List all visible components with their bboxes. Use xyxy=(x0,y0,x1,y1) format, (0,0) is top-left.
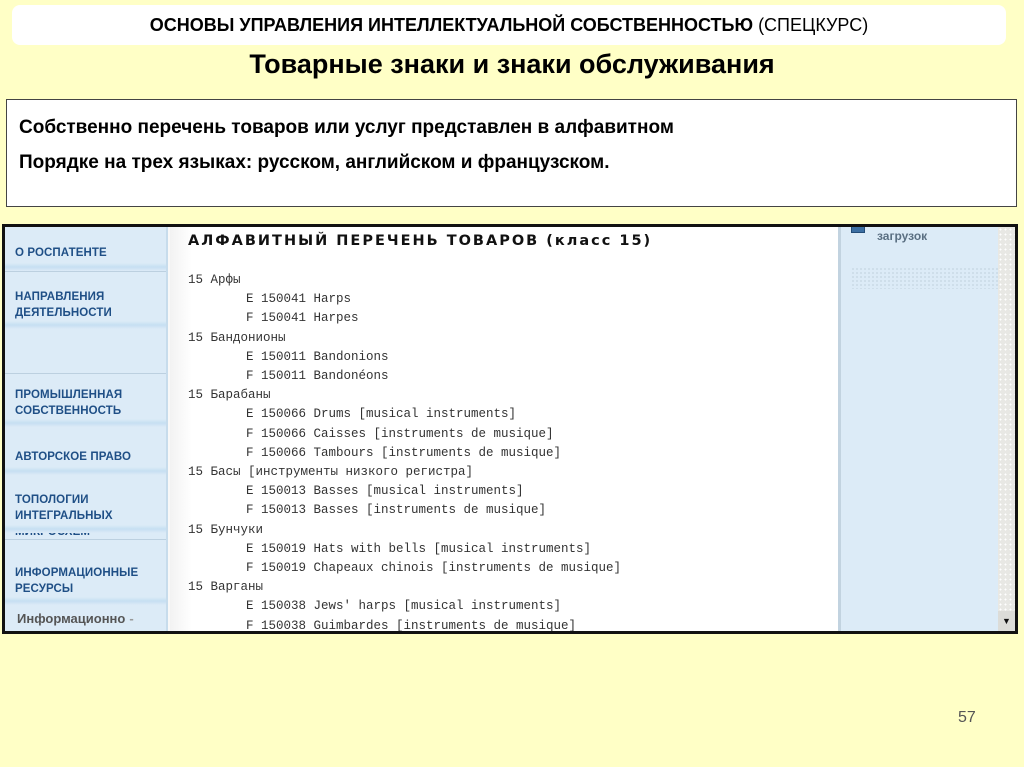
sidebar-band xyxy=(5,321,166,329)
folder-icon[interactable] xyxy=(851,224,865,233)
list-entry-ru: 15 Варганы xyxy=(188,578,621,597)
sidebar-item-industrial-property[interactable]: ПРОМЫШЛЕННАЯ СОБСТВЕННОСТЬ xyxy=(5,387,145,419)
sidebar-more-label: Информационно xyxy=(17,611,125,626)
arrow-down-icon: ▼ xyxy=(1002,616,1011,626)
sidebar-item-about[interactable]: О РОСПАТЕНТЕ xyxy=(5,245,166,261)
sidebar-divider xyxy=(5,373,166,374)
list-entry-translation: F 150041 Harpes xyxy=(188,309,621,328)
list-entry-translation: E 150066 Drums [musical instruments] xyxy=(188,405,621,424)
sidebar-item-more[interactable]: Информационно- xyxy=(17,611,134,626)
course-title: ОСНОВЫ УПРАВЛЕНИЯ ИНТЕЛЛЕКТУАЛЬНОЙ СОБСТ… xyxy=(150,15,753,36)
downloads-link[interactable]: загрузок xyxy=(877,229,927,243)
sidebar-band xyxy=(5,467,166,475)
list-entry-ru: 15 Барабаны xyxy=(188,386,621,405)
list-entry-translation: E 150019 Hats with bells [musical instru… xyxy=(188,540,621,559)
list-entry-ru: 15 Арфы xyxy=(188,271,621,290)
sidebar-item-info-resources[interactable]: ИНФОРМАЦИОННЫЕ РЕСУРСЫ xyxy=(5,565,145,597)
list-entry-ru: 15 Бунчуки xyxy=(188,521,621,540)
list-entry-translation: F 150013 Basses [instruments de musique] xyxy=(188,501,621,520)
scrollbar[interactable]: ▼ xyxy=(998,227,1015,631)
sidebar-band xyxy=(5,597,166,605)
list-entry-translation: E 150013 Basses [musical instruments] xyxy=(188,482,621,501)
list-entry-translation: F 150066 Caisses [instruments de musique… xyxy=(188,425,621,444)
sidebar-band xyxy=(5,263,166,271)
scroll-down-button[interactable]: ▼ xyxy=(998,611,1015,631)
sidebar-band xyxy=(5,525,166,533)
list-title: АЛФАВИТНЫЙ ПЕРЕЧЕНЬ ТОВАРОВ (класс 15) xyxy=(188,233,652,249)
note-line-2: Порядке на трех языках: русском, английс… xyxy=(19,145,1004,180)
page-number: 57 xyxy=(958,709,976,727)
sidebar-band xyxy=(5,419,166,427)
sidebar-item-directions[interactable]: НАПРАВЛЕНИЯ ДЕЯТЕЛЬНОСТИ xyxy=(5,289,125,321)
sidebar-divider xyxy=(5,271,166,272)
embedded-screenshot: О РОСПАТЕНТЕ НАПРАВЛЕНИЯ ДЕЯТЕЛЬНОСТИ ПР… xyxy=(2,224,1018,634)
sidebar: О РОСПАТЕНТЕ НАПРАВЛЕНИЯ ДЕЯТЕЛЬНОСТИ ПР… xyxy=(5,227,168,631)
right-panel: загрузок xyxy=(838,227,998,631)
dotted-divider xyxy=(851,267,999,289)
sidebar-item-copyright[interactable]: АВТОРСКОЕ ПРАВО xyxy=(5,449,166,465)
list-entry-ru: 15 Басы [инструменты низкого регистра] xyxy=(188,463,621,482)
note-box: Собственно перечень товаров или услуг пр… xyxy=(6,99,1017,207)
slide-title: Товарные знаки и знаки обслуживания xyxy=(0,44,1024,84)
sidebar-divider xyxy=(5,539,166,540)
note-line-1: Собственно перечень товаров или услуг пр… xyxy=(19,110,1004,145)
list-entry-translation: F 150011 Bandonéons xyxy=(188,367,621,386)
list-entry-translation: E 150011 Bandonions xyxy=(188,348,621,367)
course-header: ОСНОВЫ УПРАВЛЕНИЯ ИНТЕЛЛЕКТУАЛЬНОЙ СОБСТ… xyxy=(12,5,1006,45)
sidebar-more-suffix: - xyxy=(129,611,133,626)
list-entry-translation: E 150038 Jews' harps [musical instrument… xyxy=(188,597,621,616)
content-area: АЛФАВИТНЫЙ ПЕРЕЧЕНЬ ТОВАРОВ (класс 15) 1… xyxy=(170,227,838,631)
course-subtitle: (СПЕЦКУРС) xyxy=(758,15,868,36)
list-entry-translation: F 150066 Tambours [instruments de musiqu… xyxy=(188,444,621,463)
list-entry-ru: 15 Бандонионы xyxy=(188,329,621,348)
list-entry-translation: F 150019 Chapeaux chinois [instruments d… xyxy=(188,559,621,578)
list-entry-translation: E 150041 Harps xyxy=(188,290,621,309)
goods-list: 15 АрфыE 150041 HarpsF 150041 Harpes15 Б… xyxy=(188,271,621,631)
list-entry-translation: F 150038 Guimbardes [instruments de musi… xyxy=(188,617,621,631)
